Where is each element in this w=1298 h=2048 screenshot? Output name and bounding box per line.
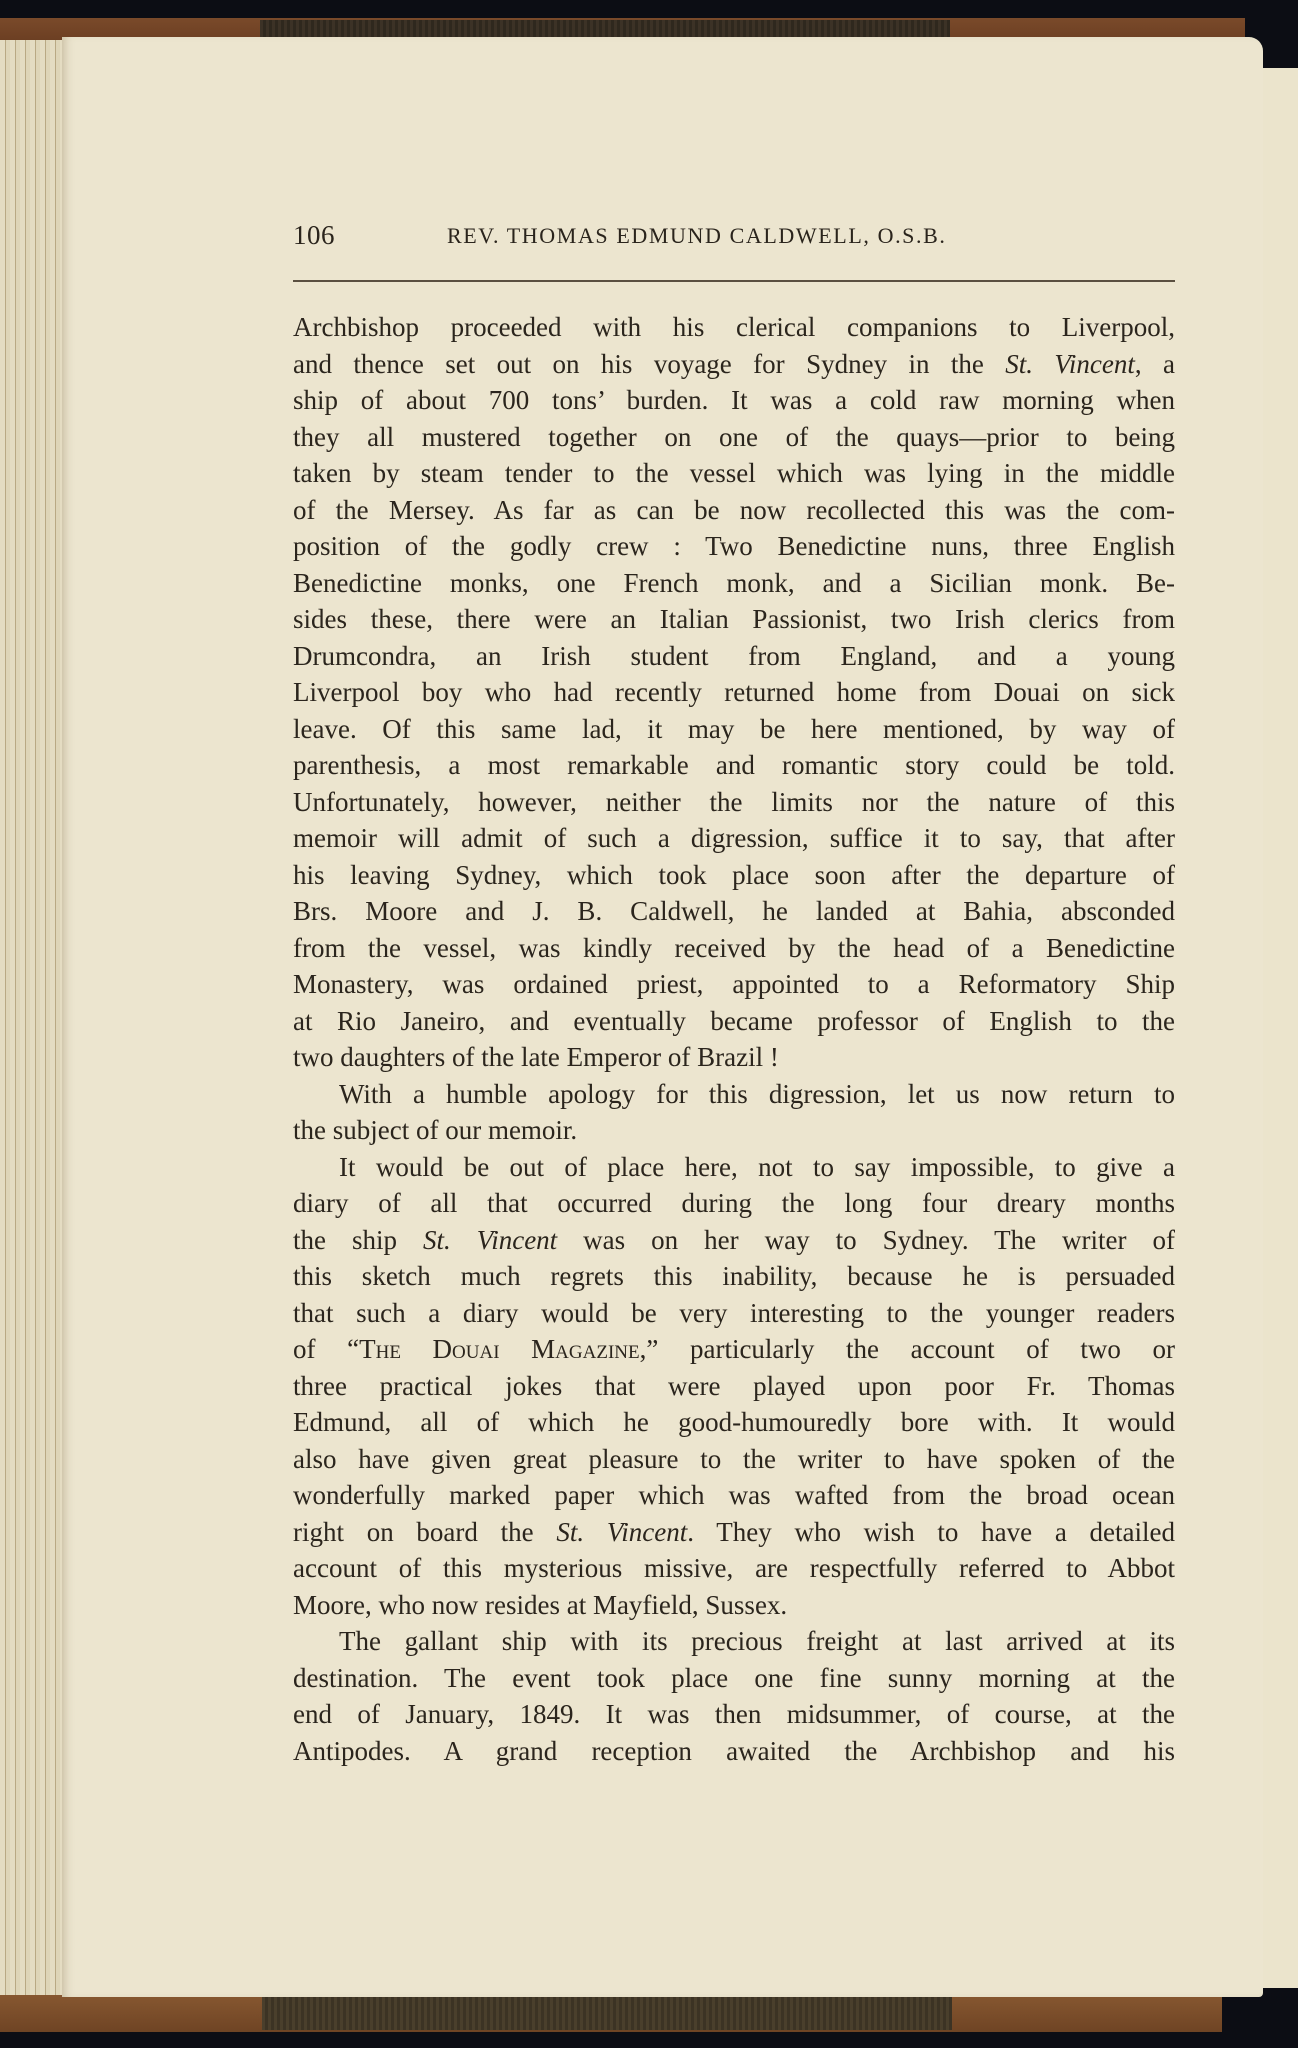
paragraph-start: The gallant ship with its precious freig… [293,1623,1175,1660]
text-line: Unfortunately, however, neither the limi… [293,784,1175,821]
text-line: the subject of our memoir. [293,1112,1175,1149]
text-line: Antipodes. A grand reception awaited the… [293,1733,1175,1770]
text-line: memoir will admit of such a digression, … [293,820,1175,857]
text-line: Edmund, all of which he good-humouredly … [293,1404,1175,1441]
header-rule [293,280,1175,282]
book-spine-bottom [262,1992,952,2030]
text-line: Archbishop proceeded with his clerical c… [293,309,1175,346]
text-line: and thence set out on his voyage for Syd… [293,346,1175,383]
text-line: Benedictine monks, one French monk, and … [293,565,1175,602]
body-text: Archbishop proceeded with his clerical c… [293,309,1175,1769]
text-line: destination. The event took place one fi… [293,1660,1175,1697]
paragraph-start: With a humble apology for this digressio… [293,1076,1175,1113]
text-line: this sketch much regrets this inability,… [293,1258,1175,1295]
text-line: that such a diary would be very interest… [293,1295,1175,1332]
text-line: parenthesis, a most remarkable and roman… [293,747,1175,784]
text-line: of the Mersey. As far as can be now reco… [293,492,1175,529]
text-line: three practical jokes that were played u… [293,1368,1175,1405]
page-number: 106 [293,220,335,251]
text-line: the ship St. Vincent was on her way to S… [293,1222,1175,1259]
text-line: two daughters of the late Emperor of Bra… [293,1039,1175,1076]
text-line: taken by steam tender to the vessel whic… [293,455,1175,492]
text-line: sides these, there were an Italian Passi… [293,601,1175,638]
text-line: wonderfully marked paper which was wafte… [293,1477,1175,1514]
text-line: position of the godly crew : Two Benedic… [293,528,1175,565]
running-title: REV. THOMAS EDMUND CALDWELL, O.S.B. [447,223,946,249]
page-stack-edges [0,40,70,1995]
text-line: also have given great pleasure to the wr… [293,1441,1175,1478]
text-line: leave. Of this same lad, it may be here … [293,711,1175,748]
paragraph-start: It would be out of place here, not to sa… [293,1149,1175,1186]
text-line: diary of all that occurred during the lo… [293,1185,1175,1222]
text-line: at Rio Janeiro, and eventually became pr… [293,1003,1175,1040]
text-line: right on board the St. Vincent. They who… [293,1514,1175,1551]
text-line: Liverpool boy who had recently returned … [293,674,1175,711]
text-line: his leaving Sydney, which took place soo… [293,857,1175,894]
magazine-title: The Douai Magazine [359,1334,640,1364]
text-line: they all mustered together on one of the… [293,419,1175,456]
text-line: end of January, 1849. It was then midsum… [293,1696,1175,1733]
text-line: account of this mysterious missive, are … [293,1550,1175,1587]
text-line: Monastery, was ordained priest, appointe… [293,966,1175,1003]
text-line: Drumcondra, an Irish student from Englan… [293,638,1175,675]
text-line: Brs. Moore and J. B. Caldwell, he landed… [293,893,1175,930]
text-line: ship of about 700 tons’ burden. It was a… [293,382,1175,419]
running-head: 106 REV. THOMAS EDMUND CALDWELL, O.S.B. [293,220,1175,250]
next-page-edge [1262,68,1298,1988]
text-line: of “The Douai Magazine,” particularly th… [293,1331,1175,1368]
text-line: Moore, who now resides at Mayfield, Suss… [293,1587,1175,1624]
text-line: from the vessel, was kindly received by … [293,930,1175,967]
